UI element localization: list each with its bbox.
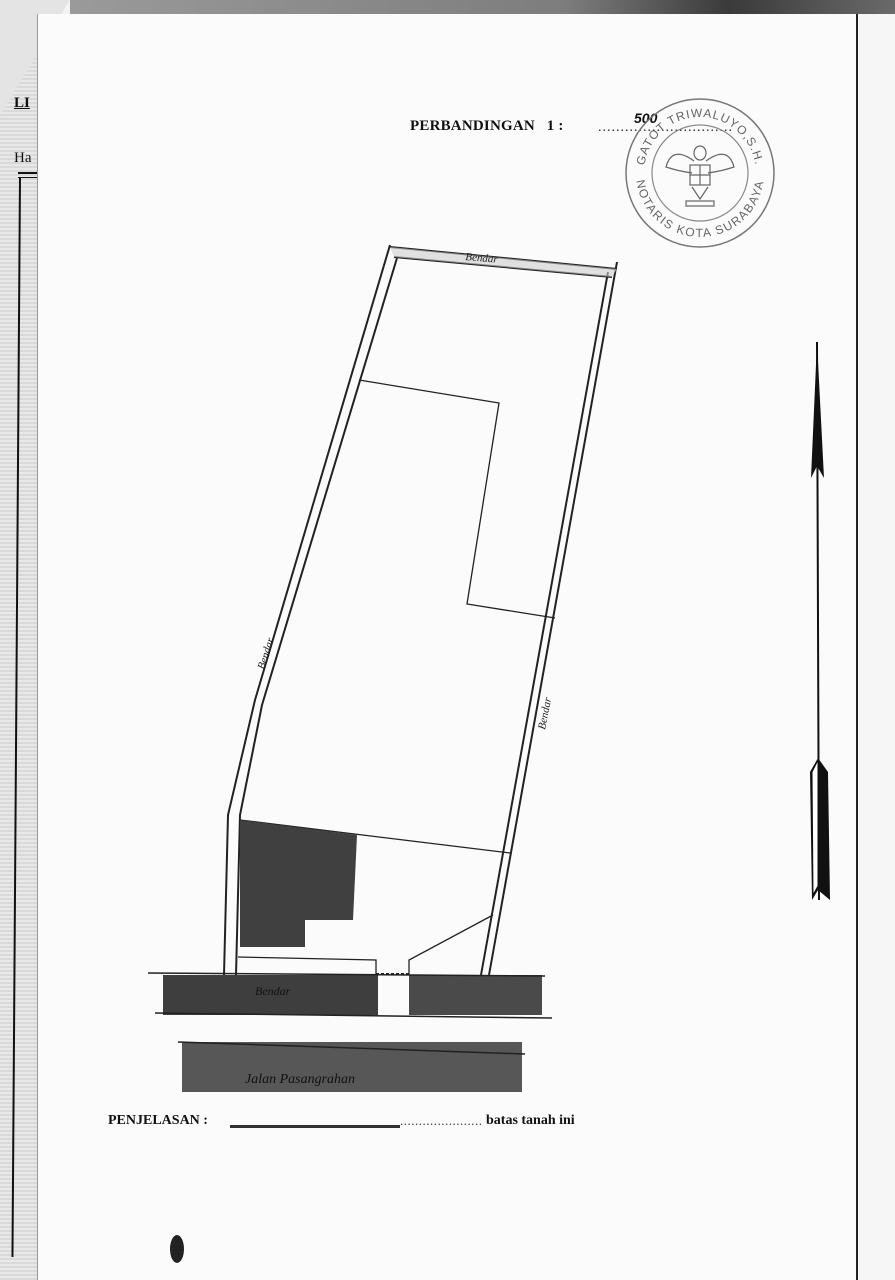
site-plan-drawing: Bendar Bendar Bendar Bendar Jalan Pasang… — [0, 0, 895, 1280]
shaded-building — [240, 820, 357, 947]
legend-dots: ...................... — [400, 1113, 483, 1129]
label-road: Jalan Pasangrahan — [245, 1072, 355, 1087]
legend-description: batas tanah ini — [486, 1113, 575, 1129]
legend-boundary-swatch — [230, 1125, 400, 1128]
ink-blot — [170, 1235, 184, 1263]
label-south-bendar: Bendar — [255, 984, 291, 998]
legend-label: PENJELASAN : — [108, 1113, 208, 1129]
bendar-strip-right — [409, 975, 542, 1015]
north-arrow-icon — [810, 342, 830, 900]
